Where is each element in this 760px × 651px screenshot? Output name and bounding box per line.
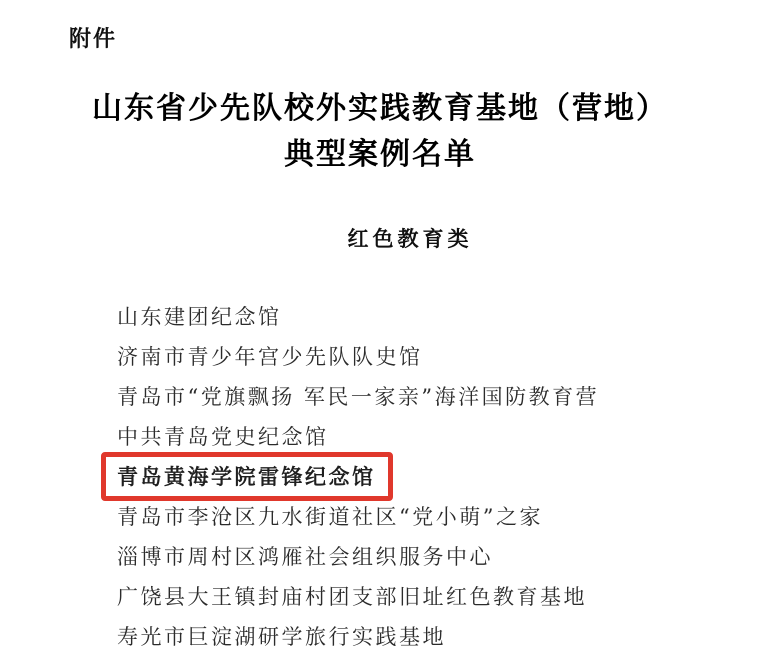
base-name: 青岛市李沧区九水街道社区“党小萌”之家 <box>117 501 543 531</box>
base-list: 山东建团纪念馆 济南市青少年宫少先队队史馆 青岛市“党旗飘扬 军民一家亲”海洋国… <box>117 296 760 651</box>
list-item: 山东建团纪念馆 <box>117 296 760 336</box>
base-name: 山东建团纪念馆 <box>117 301 282 331</box>
title-line-1: 山东省少先队校外实践教育基地（营地） <box>92 91 668 126</box>
document-title: 山东省少先队校外实践教育基地（营地） 典型案例名单 <box>0 86 760 178</box>
base-name: 济南市青少年宫少先队队史馆 <box>117 341 423 371</box>
category-heading: 红色教育类 <box>30 223 760 253</box>
list-item: 青岛黄海学院雷锋纪念馆 <box>117 456 760 496</box>
list-item: 青岛市李沧区九水街道社区“党小萌”之家 <box>117 496 760 536</box>
title-line-2: 典型案例名单 <box>284 137 476 172</box>
list-item: 淄博市周村区鸿雁社会组织服务中心 <box>117 536 760 576</box>
list-item: 寿光市巨淀湖研学旅行实践基地 <box>117 616 760 651</box>
list-item: 广饶县大王镇封庙村团支部旧址红色教育基地 <box>117 576 760 616</box>
base-name: 青岛市“党旗飘扬 军民一家亲”海洋国防教育营 <box>117 381 599 411</box>
list-item: 济南市青少年宫少先队队史馆 <box>117 336 760 376</box>
attachment-label: 附件 <box>69 22 117 53</box>
base-name: 广饶县大王镇封庙村团支部旧址红色教育基地 <box>117 581 587 611</box>
base-name: 淄博市周村区鸿雁社会组织服务中心 <box>117 541 493 571</box>
list-item: 青岛市“党旗飘扬 军民一家亲”海洋国防教育营 <box>117 376 760 416</box>
base-name: 青岛黄海学院雷锋纪念馆 <box>101 452 393 501</box>
base-name: 中共青岛党史纪念馆 <box>117 421 329 451</box>
document-page: 附件 山东省少先队校外实践教育基地（营地） 典型案例名单 红色教育类 山东建团纪… <box>0 0 760 651</box>
list-item: 中共青岛党史纪念馆 <box>117 416 760 456</box>
base-name: 寿光市巨淀湖研学旅行实践基地 <box>117 621 446 651</box>
